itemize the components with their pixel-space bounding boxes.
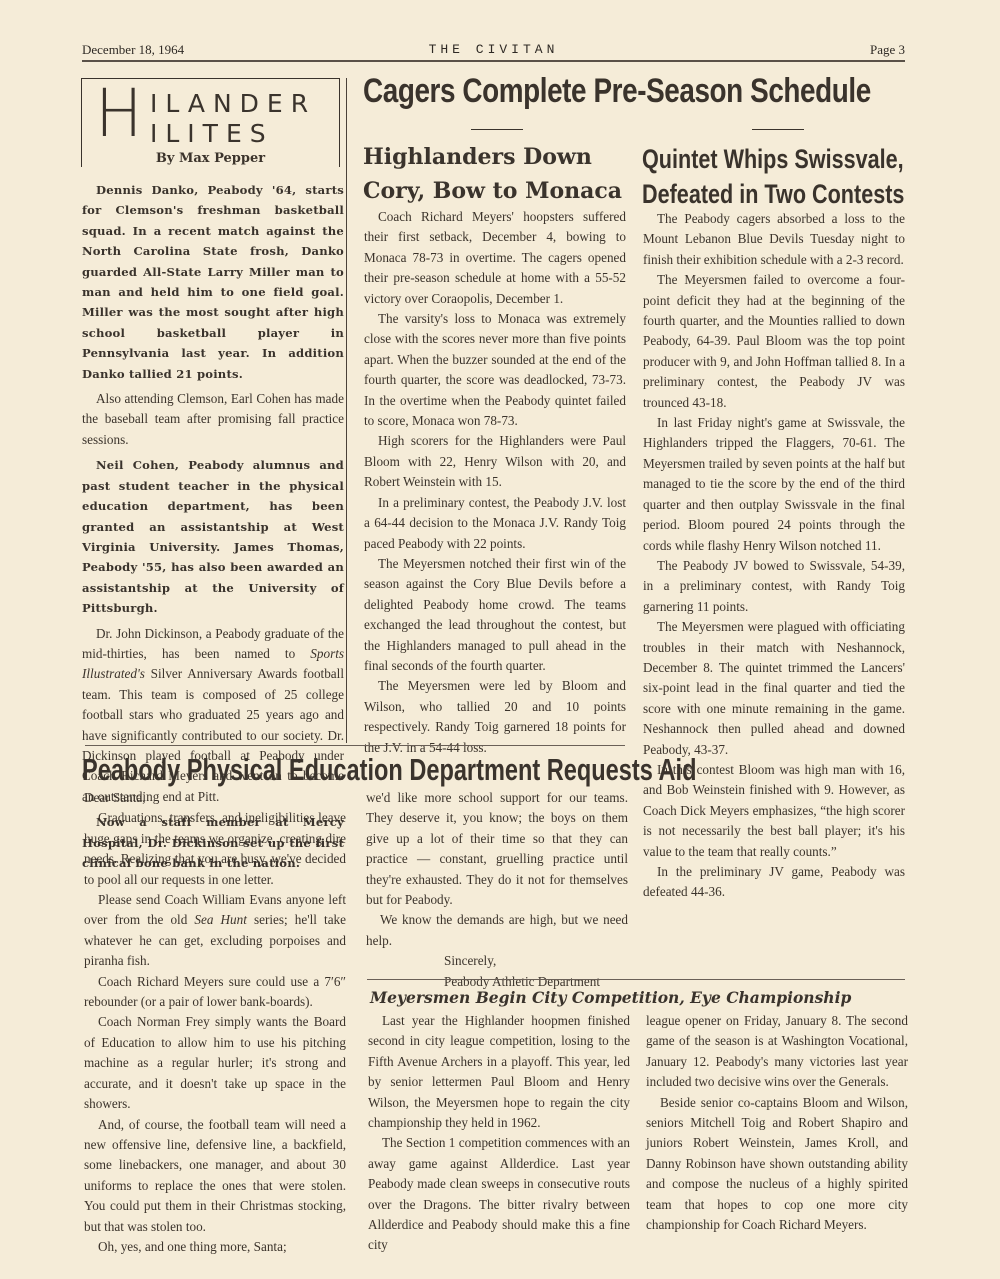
meyersmen-article-col2: league opener on Friday, January 8. The …	[646, 1011, 908, 1235]
article-headline: Peabody Physical Education Department Re…	[82, 752, 696, 788]
paragraph: Beside senior co-captains Bloom and Wils…	[646, 1093, 908, 1236]
paragraph: In a preliminary contest, the Peabody J.…	[364, 493, 626, 554]
pe-article-col2: we'd like more school support for our te…	[366, 788, 628, 992]
masthead: December 18, 1964 THE CIVITAN Page 3	[82, 40, 905, 62]
article-headline: Quintet Whips Swissvale, Defeated in Two…	[642, 142, 904, 212]
paragraph: The Peabody JV bowed to Swissvale, 54-39…	[643, 556, 905, 617]
main-headline: Cagers Complete Pre-Season Schedule	[363, 72, 871, 111]
tv-show-title: Sea Hunt	[194, 912, 247, 927]
article-headline: Highlanders Down Cory, Bow to Monaca	[363, 140, 622, 208]
paragraph: Neil Cohen, Peabody alumnus and past stu…	[82, 455, 344, 618]
paragraph: We know the demands are high, but we nee…	[366, 910, 628, 951]
quintet-article-body: The Peabody cagers absorbed a loss to th…	[643, 209, 905, 903]
paragraph: And, of course, the football team will n…	[84, 1115, 346, 1237]
paragraph: Please send Coach William Evans anyone l…	[84, 890, 346, 972]
hilander-hilites-column-header: H ILANDER ILITES By Max Pepper	[81, 78, 340, 167]
byline: By Max Pepper	[82, 151, 339, 166]
paragraph: The Meyersmen notched their first win of…	[364, 554, 626, 676]
meyersmen-article-col1: Last year the Highlander hoopmen finishe…	[368, 1011, 630, 1256]
section-divider	[367, 979, 905, 980]
paragraph: Coach Richard Meyers' hoopsters suffered…	[364, 207, 626, 309]
paragraph: The Section 1 competition commences with…	[368, 1133, 630, 1255]
paragraph: Oh, yes, and one thing more, Santa;	[84, 1237, 346, 1257]
column-divider	[346, 78, 347, 743]
salutation: Dear Santa,	[84, 788, 346, 808]
paragraph: Graduations, transfers, and ineligibilit…	[84, 808, 346, 890]
paragraph: league opener on Friday, January 8. The …	[646, 1011, 908, 1093]
paragraph: we'd like more school support for our te…	[366, 788, 628, 910]
paragraph: Last year the Highlander hoopmen finishe…	[368, 1011, 630, 1133]
section-divider	[85, 745, 625, 746]
divider	[471, 129, 523, 130]
column-title-line1: ILANDER	[150, 89, 316, 118]
paragraph: The Peabody cagers absorbed a loss to th…	[643, 209, 905, 270]
column-title-initial: H	[95, 79, 142, 149]
paragraph: Dennis Danko, Peabody '64, starts for Cl…	[82, 180, 344, 384]
paragraph: High scorers for the Highlanders were Pa…	[364, 431, 626, 492]
publication-name: THE CIVITAN	[82, 42, 905, 57]
divider	[752, 129, 804, 130]
paragraph: In last Friday night's game at Swissvale…	[643, 413, 905, 556]
paragraph: Coach Richard Meyers sure could use a 7′…	[84, 972, 346, 1013]
paragraph: The varsity's loss to Monaca was extreme…	[364, 309, 626, 431]
closing: Sincerely,	[366, 951, 628, 971]
page-number: Page 3	[870, 42, 905, 58]
column-title-line2: ILITES	[150, 119, 274, 148]
highlanders-article-body: Coach Richard Meyers' hoopsters suffered…	[364, 207, 626, 758]
paragraph: The Meyersmen were plagued with officiat…	[643, 617, 905, 760]
paragraph: In the preliminary JV game, Peabody was …	[643, 862, 905, 903]
paragraph: The Meyersmen failed to overcome a four-…	[643, 270, 905, 413]
pe-article-col1: Dear Santa, Graduations, transfers, and …	[84, 788, 346, 1257]
paragraph: Coach Norman Frey simply wants the Board…	[84, 1012, 346, 1114]
article-headline: Meyersmen Begin City Competition, Eye Ch…	[370, 988, 851, 1007]
paragraph: Also attending Clemson, Earl Cohen has m…	[82, 389, 344, 450]
